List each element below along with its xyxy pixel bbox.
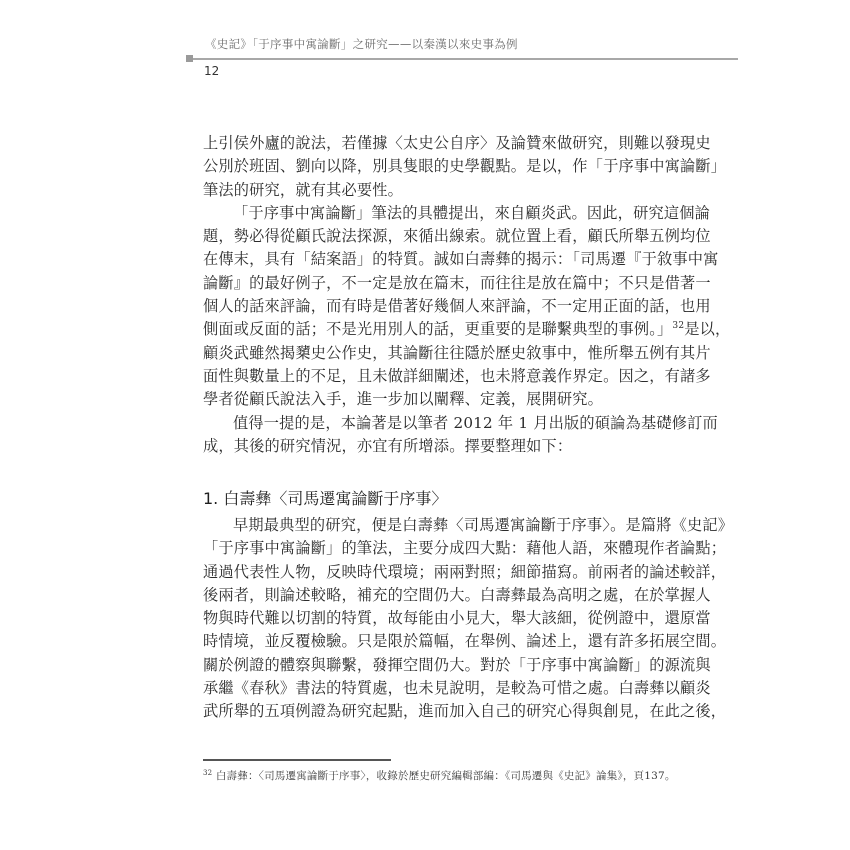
text-line: 承繼《春秋》書法的特質處，也未見說明，是較為可惜之處。白壽彝以顧炎 <box>203 677 653 700</box>
page-number: 12 <box>204 64 219 78</box>
footnote-text: 白壽彝：〈司馬遷寓論斷于序事〉，收錄於歷史研究編輯部編：《司馬遷與《史記》論集》… <box>216 770 676 782</box>
text-line: 顧炎武雖然揭櫫史公作史，其論斷往往隱於歷史敘事中，惟所舉五例有其片 <box>203 342 653 365</box>
footnote-number: 32 <box>203 769 212 777</box>
text-line: 通過代表性人物，反映時代環境；兩兩對照；細節描寫。前兩者的論述較詳， <box>203 561 653 584</box>
header-rule <box>193 58 738 60</box>
text-line: 「于序事中寓論斷」筆法的具體提出，來自顧炎武。因此，研究這個論 <box>203 202 653 225</box>
text-line: 成，其後的研究情況，亦宜有所增添。擇要整理如下： <box>203 435 653 458</box>
footnote-reference[interactable]: 32 <box>672 321 684 331</box>
text-segment: 是以， <box>684 320 730 338</box>
footnote: 32 白壽彝：〈司馬遷寓論斷于序事〉，收錄於歷史研究編輯部編：《司馬遷與《史記》… <box>203 768 676 783</box>
text-line: 筆法的研究，就有其必要性。 <box>203 179 653 202</box>
text-line: 值得一提的是，本論著是以筆者 2012 年 1 月出版的碩論為基礎修訂而 <box>203 412 653 435</box>
text-line: 時情境，並反覆檢驗。只是限於篇幅，在舉例、論述上，還有許多拓展空間。 <box>203 630 653 653</box>
running-header-title: 《史記》「于序事中寓論斷」之研究——以秦漢以來史事為例 <box>205 36 518 52</box>
text-line: 公別於班固、劉向以降，別具隻眼的史學觀點。是以，作「于序事中寓論斷」 <box>203 155 653 178</box>
footnote-separator <box>203 759 391 761</box>
text-line: 論斷』的最好例子，不一定是放在篇末，而往往是放在篇中；不只是借著一 <box>203 272 653 295</box>
text-line: 上引侯外廬的說法，若僅據〈太史公自序〉及論贊來做研究，則難以發現史 <box>203 132 653 155</box>
text-segment: 側面或反面的話；不是光用別人的話，更重要的是聯繫典型的事例。」 <box>203 320 672 338</box>
section-heading: 1. 白壽彝〈司馬遷寓論斷于序事〉 <box>203 486 447 509</box>
text-line: 關於例證的體察與聯繫，發揮空間仍大。對於「于序事中寓論斷」的源流與 <box>203 654 653 677</box>
text-line: 面性與數量上的不足，且未做詳細闡述，也未將意義作界定。因之，有諸多 <box>203 365 653 388</box>
text-line: 學者從顧氏說法入手，進一步加以闡釋、定義，展開研究。 <box>203 388 653 411</box>
text-line: 在傳末，具有「結案語」的特質。誠如白壽彝的揭示：「司馬遷『于敘事中寓 <box>203 248 653 271</box>
document-page: 《史記》「于序事中寓論斷」之研究——以秦漢以來史事為例 12 上引侯外廬的說法，… <box>0 0 850 850</box>
text-line: 早期最典型的研究，便是白壽彝〈司馬遷寓論斷于序事〉。是篇將《史記》 <box>203 514 653 537</box>
header-rule-marker <box>186 55 193 62</box>
body-text-top: 上引侯外廬的說法，若僅據〈太史公自序〉及論贊來做研究，則難以發現史 公別於班固、… <box>203 132 653 458</box>
text-line: 「于序事中寓論斷」的筆法，主要分成四大點：藉他人語，來體現作者論點； <box>203 537 653 560</box>
text-line-with-footnote: 側面或反面的話；不是光用別人的話，更重要的是聯繫典型的事例。」32是以， <box>203 318 653 341</box>
text-line: 題，勢必得從顧氏說法探源，來循出線索。就位置上看，顧氏所舉五例均位 <box>203 225 653 248</box>
text-line: 武所舉的五項例證為研究起點，進而加入自己的研究心得與創見，在此之後， <box>203 700 653 723</box>
text-line: 個人的話來評論，而有時是借著好幾個人來評論，不一定用正面的話，也用 <box>203 295 653 318</box>
text-line: 物與時代難以切割的特質，故每能由小見大，舉大該細，從例證中，還原當 <box>203 607 653 630</box>
text-line: 後兩者，則論述較略，補充的空間仍大。白壽彝最為高明之處，在於掌握人 <box>203 584 653 607</box>
body-text-section: 早期最典型的研究，便是白壽彝〈司馬遷寓論斷于序事〉。是篇將《史記》 「于序事中寓… <box>203 514 653 724</box>
